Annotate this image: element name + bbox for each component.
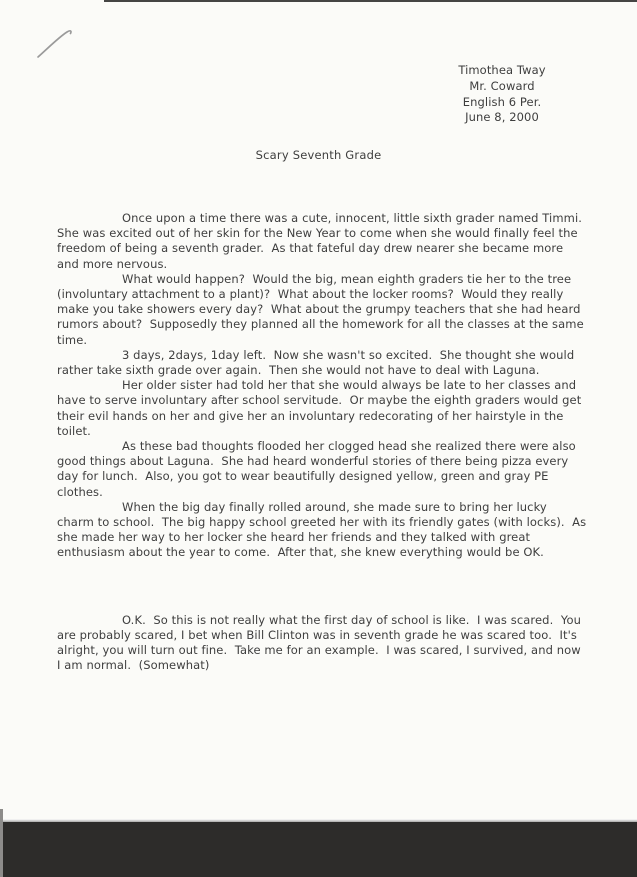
essay-paragraph: As these bad thoughts flooded her clogge… xyxy=(57,439,587,500)
scanner-left-edge-artifact xyxy=(0,809,3,877)
essay-body: Once upon a time there was a cute, innoc… xyxy=(57,211,587,673)
essay-paragraph: Once upon a time there was a cute, innoc… xyxy=(57,211,587,272)
pen-mark xyxy=(34,24,78,62)
essay-paragraph: Her older sister had told her that she w… xyxy=(57,378,587,439)
essay-paragraph: 3 days, 2days, 1day left. Now she wasn't… xyxy=(57,348,587,378)
class-period: English 6 Per. xyxy=(450,95,554,111)
scan-top-edge-artifact xyxy=(104,0,637,2)
scanner-bed-bar xyxy=(0,822,637,877)
date: June 8, 2000 xyxy=(450,110,554,126)
scanned-document-page: Timothea Tway Mr. Coward English 6 Per. … xyxy=(0,0,637,877)
essay-title: Scary Seventh Grade xyxy=(0,148,637,162)
essay-heading-block: Timothea Tway Mr. Coward English 6 Per. … xyxy=(450,63,554,126)
student-name: Timothea Tway xyxy=(450,63,554,79)
essay-paragraph: What would happen? Would the big, mean e… xyxy=(57,272,587,348)
essay-paragraph: When the big day finally rolled around, … xyxy=(57,500,587,561)
teacher-name: Mr. Coward xyxy=(450,79,554,95)
closing-paragraph: O.K. So this is not really what the firs… xyxy=(57,613,587,674)
